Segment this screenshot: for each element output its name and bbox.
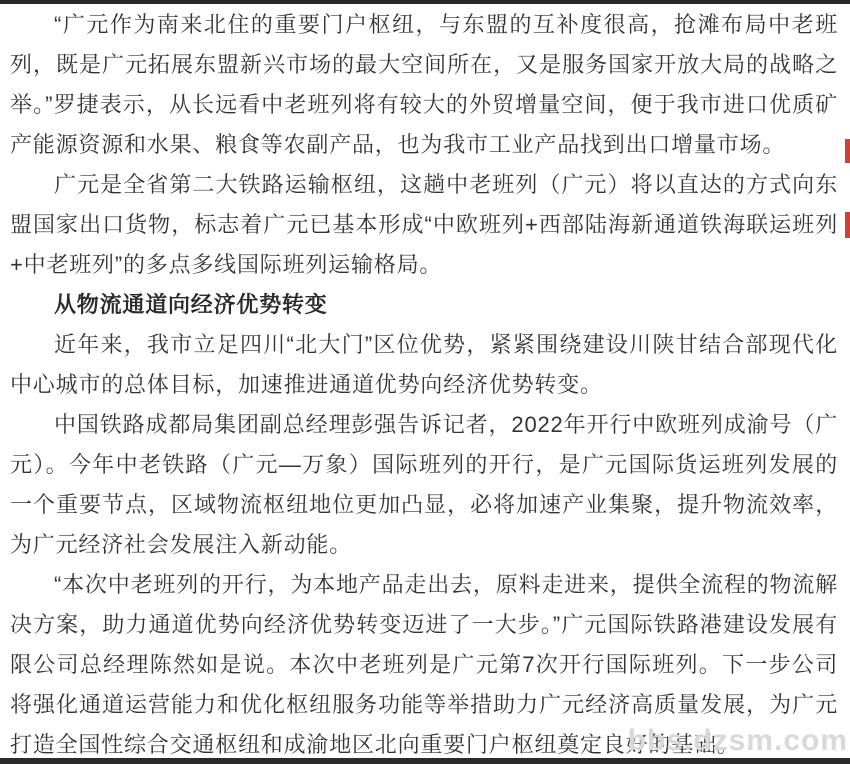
article-body: “广元作为南来北住的重要门户枢纽，与东盟的互补度很高，抢滩布局中老班列，既是广元… [10,5,838,764]
article-paragraph: 近年来，我市立足四川“北大门”区位优势，紧紧围绕建设川陕甘结合部现代化中心城市的… [10,325,838,405]
article-paragraph: 广元是全省第二大铁路运输枢纽，这趟中老班列（广元）将以直达的方式向东盟国家出口货… [10,165,838,285]
article-paragraph: “广元作为南来北住的重要门户枢纽，与东盟的互补度很高，抢滩布局中老班列，既是广元… [10,5,838,165]
right-edge-red-marker [845,139,850,163]
bottom-border-bar [0,758,850,764]
article-paragraph: 中国铁路成都局集团副总经理彭强告诉记者，2022年开行中欧班列成渝号（广元）。今… [10,405,838,565]
section-heading: 从物流通道向经济优势转变 [10,285,838,325]
site-watermark: bbs.dzsm.com [628,724,848,758]
right-edge-red-marker [845,212,850,238]
top-border-bar [0,0,850,4]
